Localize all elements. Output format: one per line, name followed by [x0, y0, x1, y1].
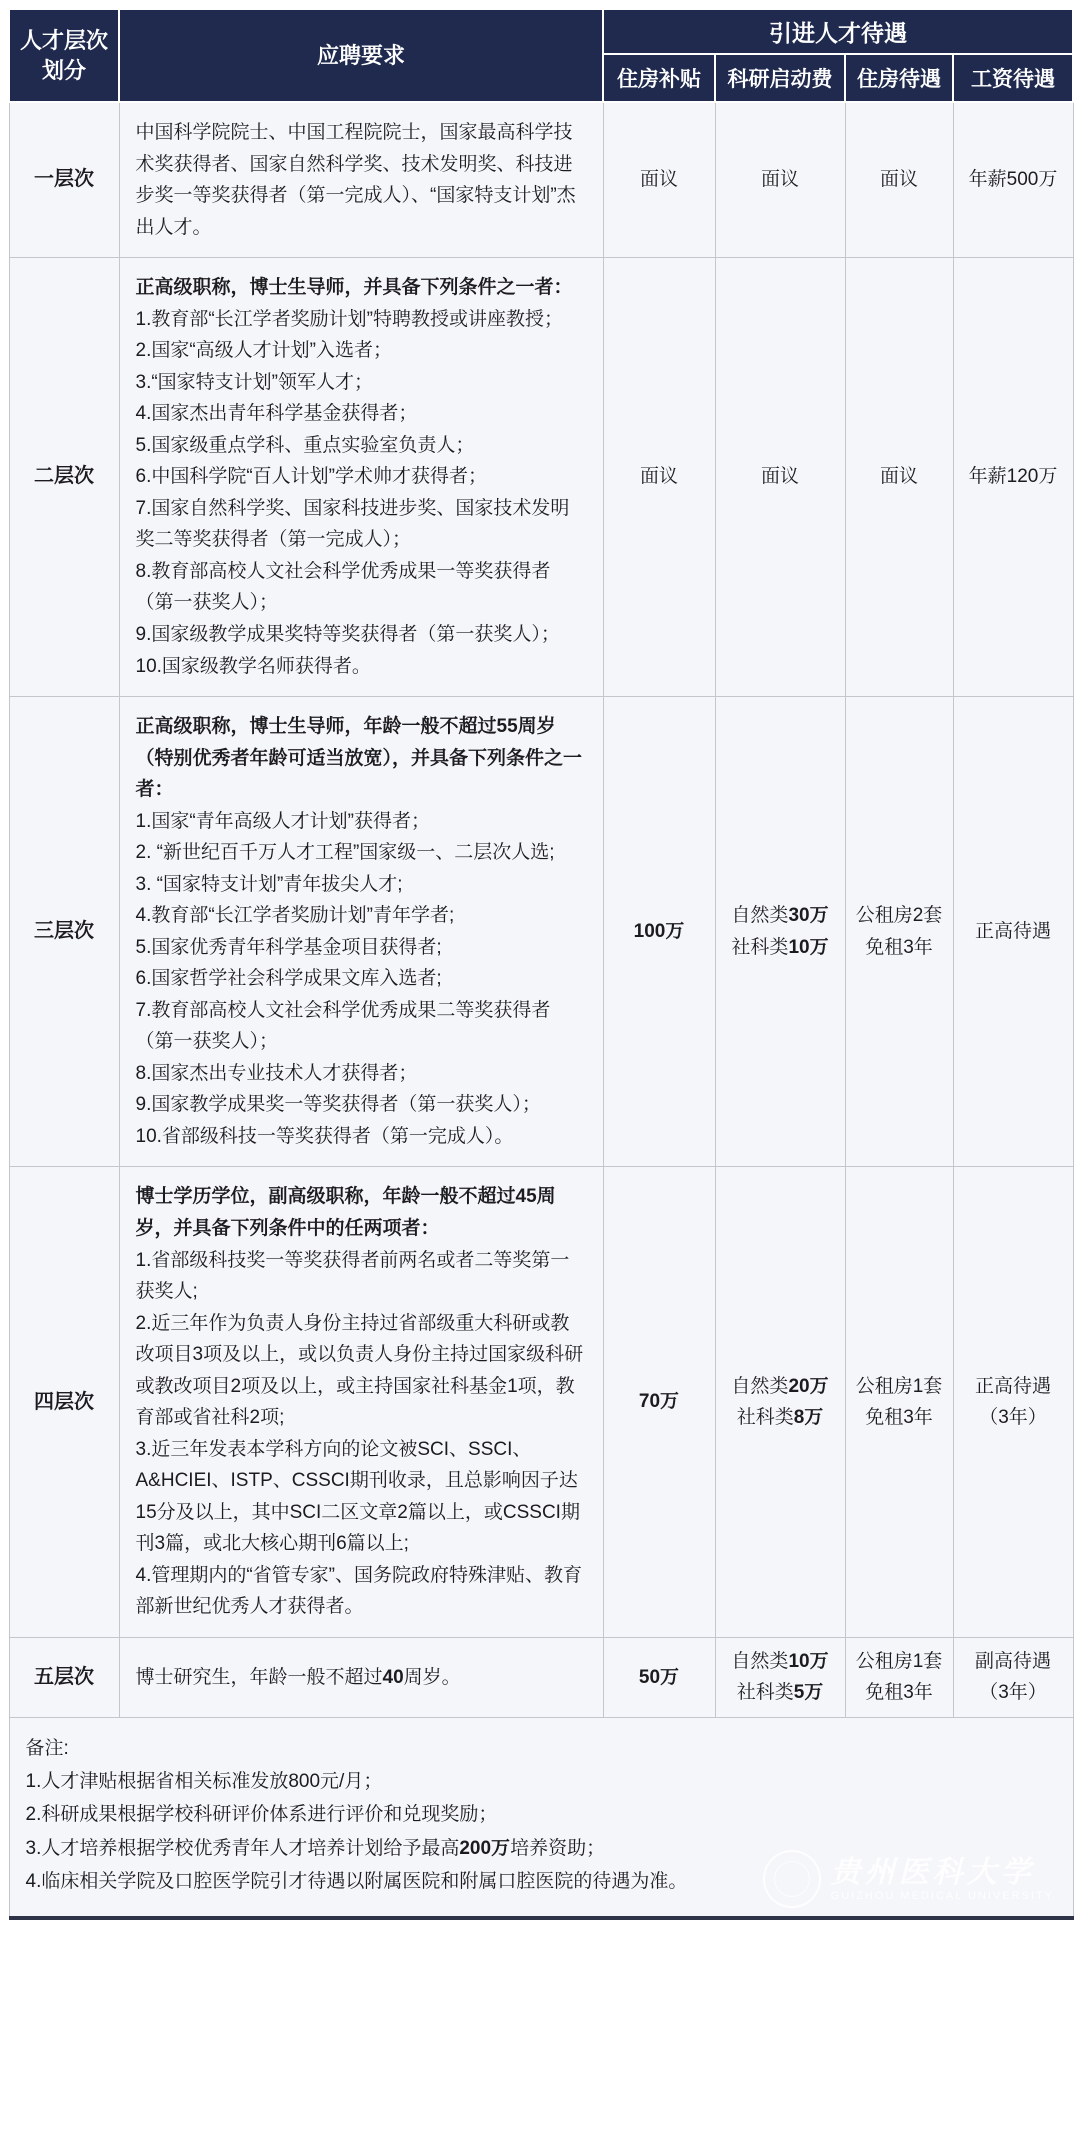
note-item: 2.科研成果根据学校科研评价体系进行评价和兑现奖励；	[26, 1798, 1057, 1831]
note-item: 4.临床相关学院及口腔医学院引才待遇以附属医院和附属口腔医院的待遇为准。	[26, 1865, 1057, 1898]
salary-cell: 年薪120万	[953, 258, 1073, 697]
housing-subsidy-cell: 70万	[603, 1167, 715, 1637]
housing-subsidy-cell: 50万	[603, 1637, 715, 1717]
column-header-requirements: 应聘要求	[119, 9, 603, 102]
requirements-cell: 中国科学院院士、中国工程院院士，国家最高科学技术奖获得者、国家自然科学奖、技术发…	[119, 102, 603, 258]
requirements-cell: 博士学历学位，副高级职称，年龄一般不超过45周岁，并具备下列条件中的任两项者：1…	[119, 1167, 603, 1637]
level-cell: 二层次	[9, 258, 119, 697]
requirements-cell: 正高级职称，博士生导师，并具备下列条件之一者：1.教育部“长江学者奖励计划”特聘…	[119, 258, 603, 697]
housing-subsidy-cell: 面议	[603, 102, 715, 258]
table-header: 人才层次划分 应聘要求 引进人才待遇 住房补贴 科研启动费 住房待遇 工资待遇	[9, 9, 1073, 102]
requirements-cell: 博士研究生，年龄一般不超过40周岁。	[119, 1637, 603, 1717]
research-fund-cell: 自然类30万社科类10万	[715, 697, 845, 1167]
housing-subsidy-cell: 100万	[603, 697, 715, 1167]
housing-benefit-cell: 面议	[845, 102, 953, 258]
research-fund-cell: 面议	[715, 258, 845, 697]
research-fund-cell: 自然类10万社科类5万	[715, 1637, 845, 1717]
note-item: 3.人才培养根据学校优秀青年人才培养计划给予最高200万培养资助；	[26, 1832, 1057, 1865]
column-header-level: 人才层次划分	[9, 9, 119, 102]
table-row: 三层次正高级职称，博士生导师，年龄一般不超过55周岁（特别优秀者年龄可适当放宽）…	[9, 697, 1073, 1167]
table-row: 一层次中国科学院院士、中国工程院院士，国家最高科学技术奖获得者、国家自然科学奖、…	[9, 102, 1073, 258]
housing-benefit-cell: 公租房1套免租3年	[845, 1167, 953, 1637]
requirements-cell: 正高级职称，博士生导师，年龄一般不超过55周岁（特别优秀者年龄可适当放宽），并具…	[119, 697, 603, 1167]
note-item: 1.人才津贴根据省相关标准发放800元/月；	[26, 1765, 1057, 1798]
column-header-benefits-group: 引进人才待遇	[603, 9, 1073, 54]
housing-subsidy-cell: 面议	[603, 258, 715, 697]
level-cell: 三层次	[9, 697, 119, 1167]
level-cell: 四层次	[9, 1167, 119, 1637]
notes-title: 备注:	[26, 1732, 1057, 1765]
column-header-salary: 工资待遇	[953, 54, 1073, 102]
housing-benefit-cell: 公租房2套免租3年	[845, 697, 953, 1167]
table-row: 四层次博士学历学位，副高级职称，年龄一般不超过45周岁，并具备下列条件中的任两项…	[9, 1167, 1073, 1637]
table-body: 一层次中国科学院院士、中国工程院院士，国家最高科学技术奖获得者、国家自然科学奖、…	[9, 102, 1073, 1717]
column-header-research-fund: 科研启动费	[715, 54, 845, 102]
research-fund-cell: 面议	[715, 102, 845, 258]
notes-list: 1.人才津贴根据省相关标准发放800元/月；2.科研成果根据学校科研评价体系进行…	[26, 1765, 1057, 1898]
talent-benefits-table: 人才层次划分 应聘要求 引进人才待遇 住房补贴 科研启动费 住房待遇 工资待遇 …	[8, 8, 1074, 1920]
column-header-housing-subsidy: 住房补贴	[603, 54, 715, 102]
level-cell: 一层次	[9, 102, 119, 258]
salary-cell: 正高待遇（3年）	[953, 1167, 1073, 1637]
notes-cell: 备注: 1.人才津贴根据省相关标准发放800元/月；2.科研成果根据学校科研评价…	[9, 1717, 1073, 1918]
housing-benefit-cell: 面议	[845, 258, 953, 697]
salary-cell: 年薪500万	[953, 102, 1073, 258]
level-cell: 五层次	[9, 1637, 119, 1717]
table-footer: 备注: 1.人才津贴根据省相关标准发放800元/月；2.科研成果根据学校科研评价…	[9, 1717, 1073, 1918]
salary-cell: 正高待遇	[953, 697, 1073, 1167]
talent-benefits-page: 人才层次划分 应聘要求 引进人才待遇 住房补贴 科研启动费 住房待遇 工资待遇 …	[0, 0, 1080, 1928]
table-row: 五层次博士研究生，年龄一般不超过40周岁。50万自然类10万社科类5万公租房1套…	[9, 1637, 1073, 1717]
column-header-housing-benefit: 住房待遇	[845, 54, 953, 102]
table-row: 二层次正高级职称，博士生导师，并具备下列条件之一者：1.教育部“长江学者奖励计划…	[9, 258, 1073, 697]
salary-cell: 副高待遇（3年）	[953, 1637, 1073, 1717]
housing-benefit-cell: 公租房1套免租3年	[845, 1637, 953, 1717]
research-fund-cell: 自然类20万社科类8万	[715, 1167, 845, 1637]
